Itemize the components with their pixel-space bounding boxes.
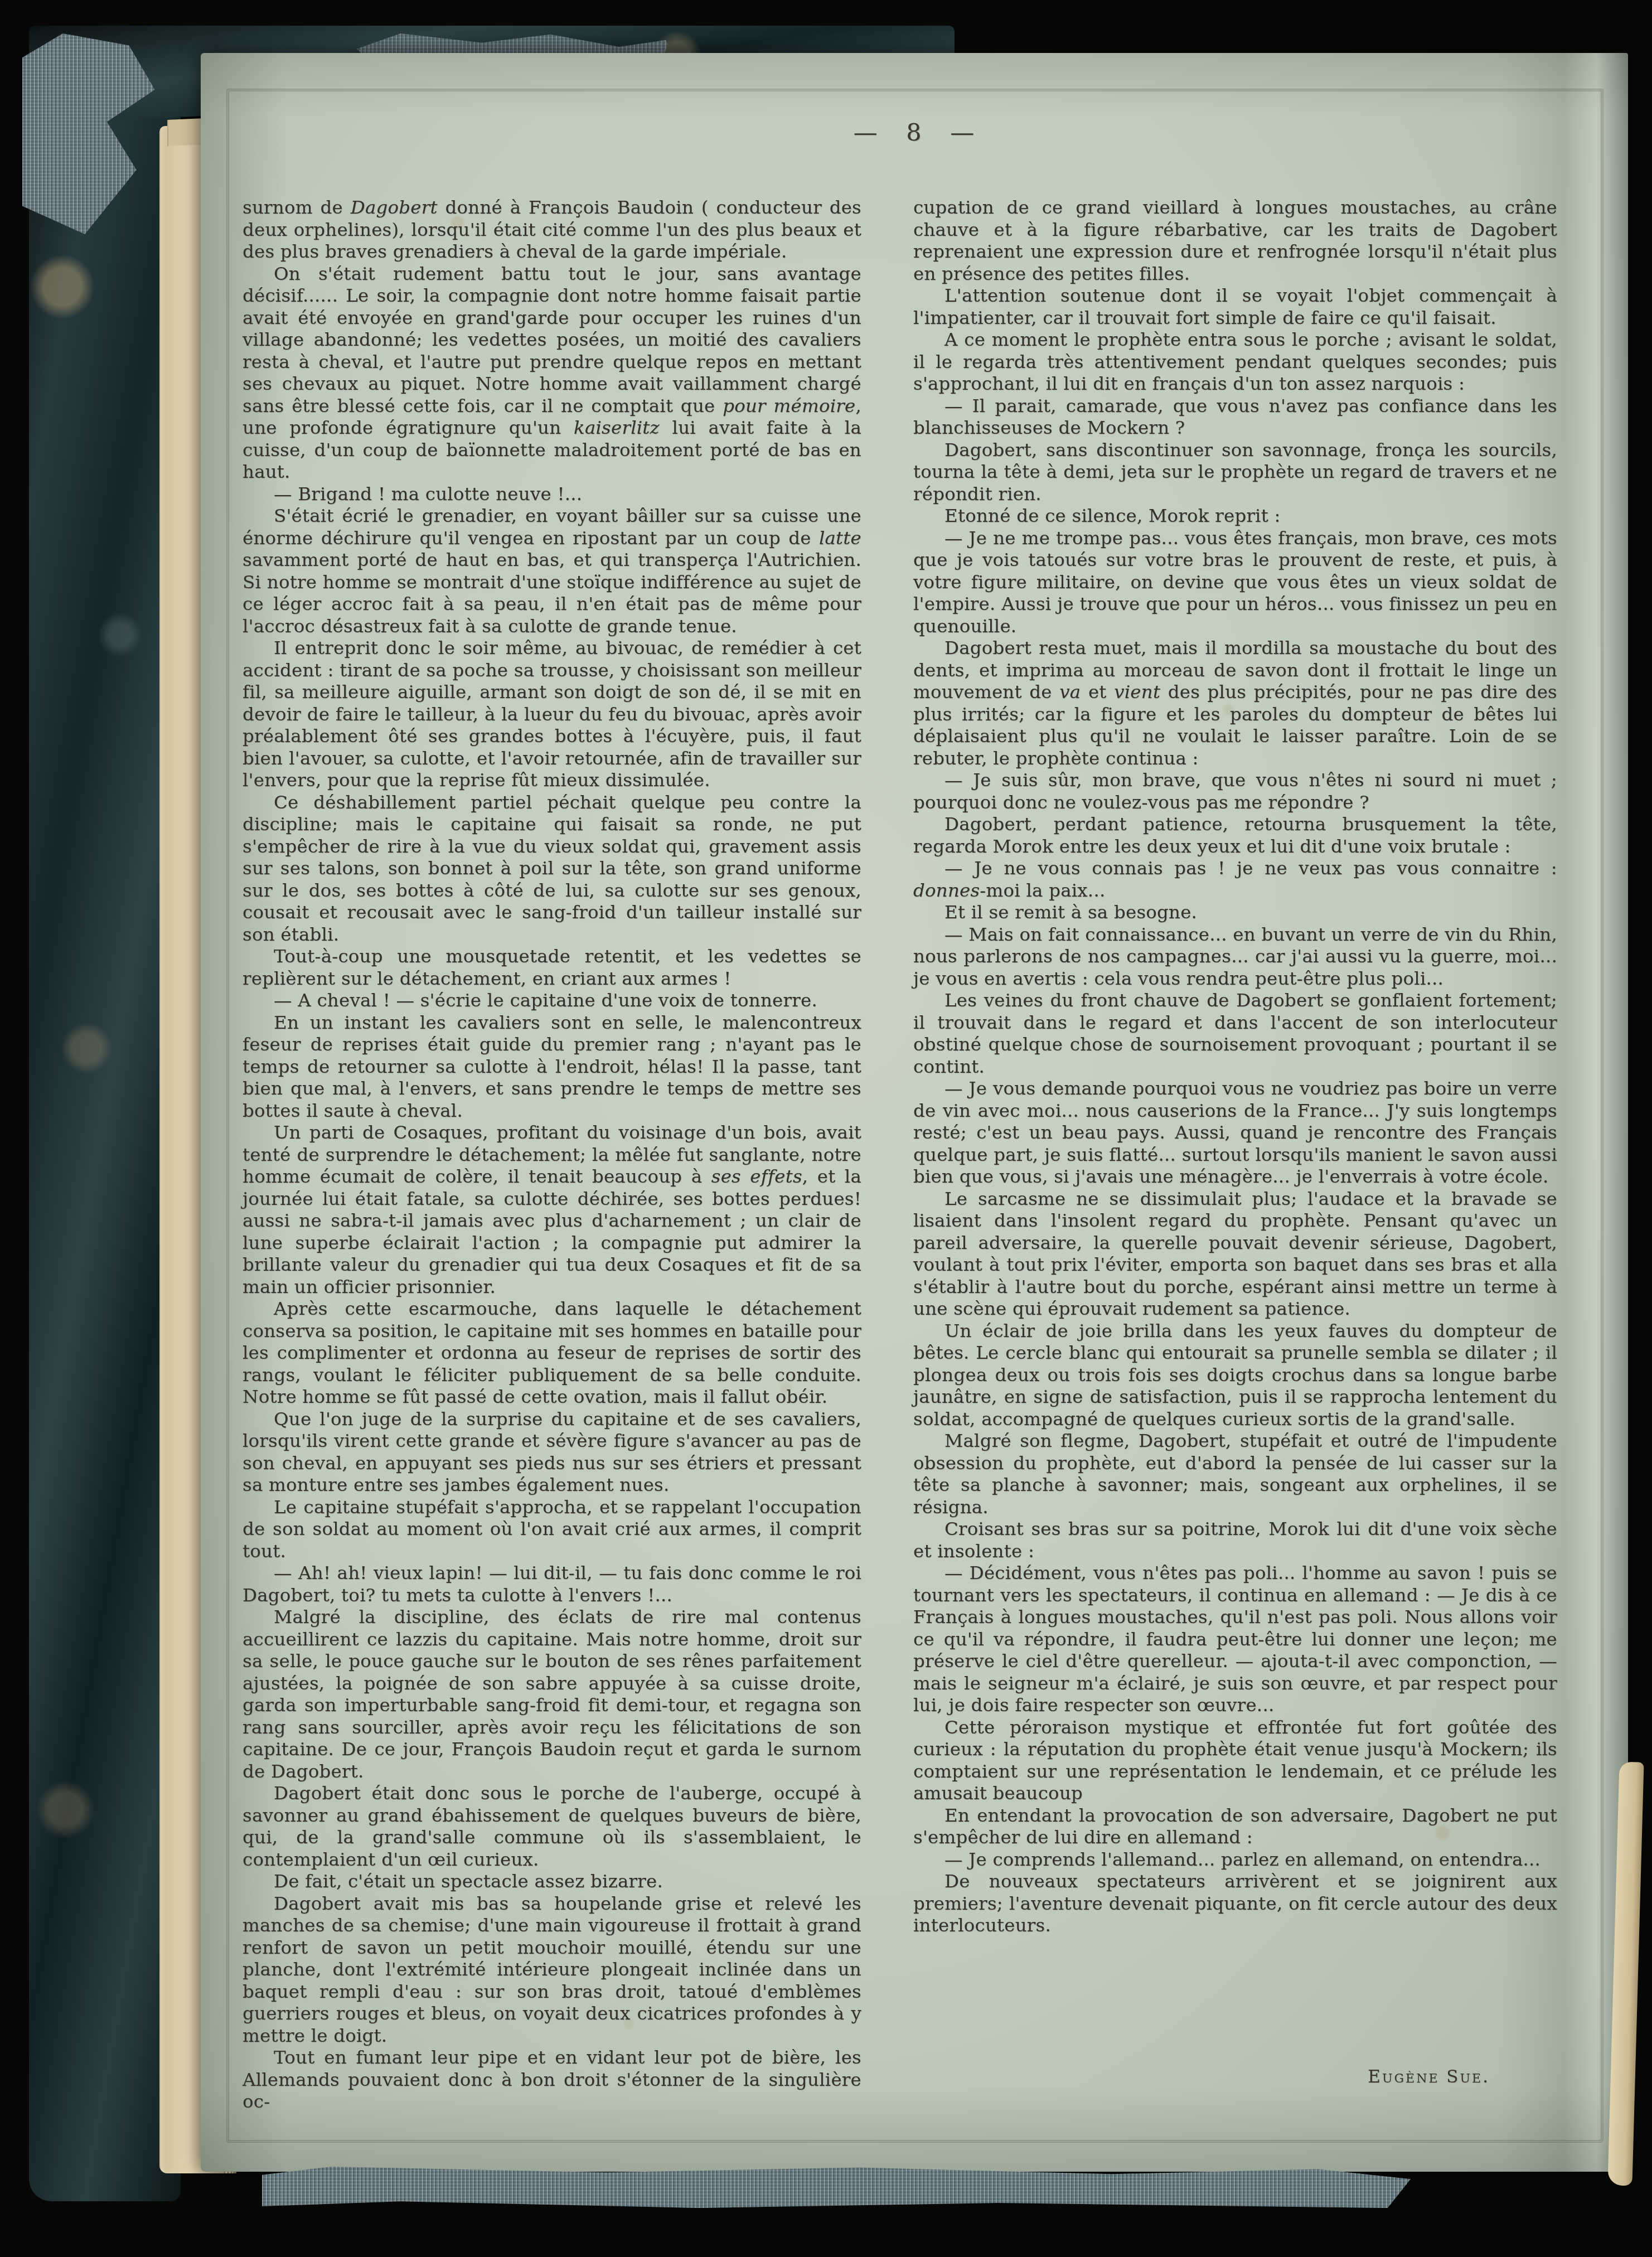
paragraph: Il entreprit donc le soir même, au bivou… (243, 637, 861, 792)
paragraph: En un instant les cavaliers sont en sell… (243, 1012, 861, 1122)
paragraph: Et il se remit à sa besogne. (913, 902, 1557, 924)
paragraph: Un éclair de joie brilla dans les yeux f… (913, 1320, 1557, 1431)
paragraph: Dagobert, perdant patience, retourna bru… (913, 813, 1557, 858)
paragraph: Après cette escarmouche, dans laquelle l… (243, 1298, 861, 1408)
paragraph: Dagobert, sans discontinuer son savonnag… (913, 439, 1557, 506)
book-cover-left-edge (29, 26, 181, 2201)
paragraph: — Je ne vous connais pas ! je ne veux pa… (913, 858, 1557, 902)
paragraph: — Mais on fait connaissance... en buvant… (913, 924, 1557, 990)
paragraph: — A cheval ! — s'écrie le capitaine d'un… (243, 990, 861, 1012)
paragraph: De nouveaux spectateurs arrivèrent et se… (913, 1871, 1557, 1937)
text-column-left: surnom de Dagobert donné à François Baud… (243, 197, 861, 2113)
paragraph: — Je comprends l'allemand... parlez en a… (913, 1849, 1557, 1871)
paragraph: Dagobert resta muet, mais il mordilla sa… (913, 637, 1557, 769)
paragraph: De fait, c'était un spectacle assez biza… (243, 1871, 861, 1893)
book-page: — 8 — surnom de Dagobert donné à Françoi… (201, 53, 1628, 2172)
paragraph: Croisant ses bras sur sa poitrine, Morok… (913, 1518, 1557, 1562)
paragraph: — Décidément, vous n'êtes pas poli... l'… (913, 1562, 1557, 1717)
paragraph: Dagobert avait mis bas sa houpelande gri… (243, 1893, 861, 2047)
page-number: — 8 — (201, 119, 1628, 147)
paragraph: Les veines du front chauve de Dagobert s… (913, 990, 1557, 1078)
paragraph: — Je suis sûr, mon brave, que vous n'ête… (913, 769, 1557, 813)
paragraph: A ce moment le prophète entra sous le po… (913, 329, 1557, 395)
paragraph: Cette péroraison mystique et effrontée f… (913, 1717, 1557, 1805)
paragraph: Un parti de Cosaques, profitant du voisi… (243, 1122, 861, 1298)
paragraph: — Brigand ! ma culotte neuve !... (243, 483, 861, 506)
paragraph: Malgré la discipline, des éclats de rire… (243, 1606, 861, 1783)
paragraph: Dagobert était donc sous le porche de l'… (243, 1783, 861, 1871)
paragraph: cupation de ce grand vieillard à longues… (913, 197, 1557, 285)
paragraph: Que l'on juge de la surprise du capitain… (243, 1408, 861, 1496)
paragraph: S'était écrié le grenadier, en voyant bâ… (243, 505, 861, 637)
paragraph: Etonné de ce silence, Morok reprit : (913, 505, 1557, 527)
paragraph: Tout en fumant leur pipe et en vidant le… (243, 2047, 861, 2113)
paragraph: surnom de Dagobert donné à François Baud… (243, 197, 861, 263)
paragraph: En entendant la provocation de son adver… (913, 1805, 1557, 1849)
paragraph: Ce déshabillement partiel péchait quelqu… (243, 792, 861, 946)
paragraph: — Je vous demande pourquoi vous ne voudr… (913, 1078, 1557, 1188)
paragraph: — Ah! ah! vieux lapin! — lui dit-il, — t… (243, 1562, 861, 1606)
paragraph: Tout-à-coup une mousquetade retentit, et… (243, 946, 861, 990)
book-photo: — 8 — surnom de Dagobert donné à Françoi… (0, 0, 1652, 2257)
paragraph: On s'était rudement battu tout le jour, … (243, 263, 861, 483)
paragraph: Le capitaine stupéfait s'approcha, et se… (243, 1496, 861, 1563)
paragraph: — Il parait, camarade, que vous n'avez p… (913, 395, 1557, 439)
paragraph: L'attention soutenue dont il se voyait l… (913, 285, 1557, 329)
paragraph: — Je ne me trompe pas... vous êtes franç… (913, 527, 1557, 638)
paragraph: Le sarcasme ne se dissimulait plus; l'au… (913, 1188, 1557, 1320)
text-column-right: cupation de ce grand vieillard à longues… (913, 197, 1557, 1937)
paragraph: Malgré son flegme, Dagobert, stupéfait e… (913, 1430, 1557, 1518)
author-signature: Eugène Sue. (1368, 2067, 1490, 2087)
frayed-cloth-bottom (262, 2167, 1411, 2208)
